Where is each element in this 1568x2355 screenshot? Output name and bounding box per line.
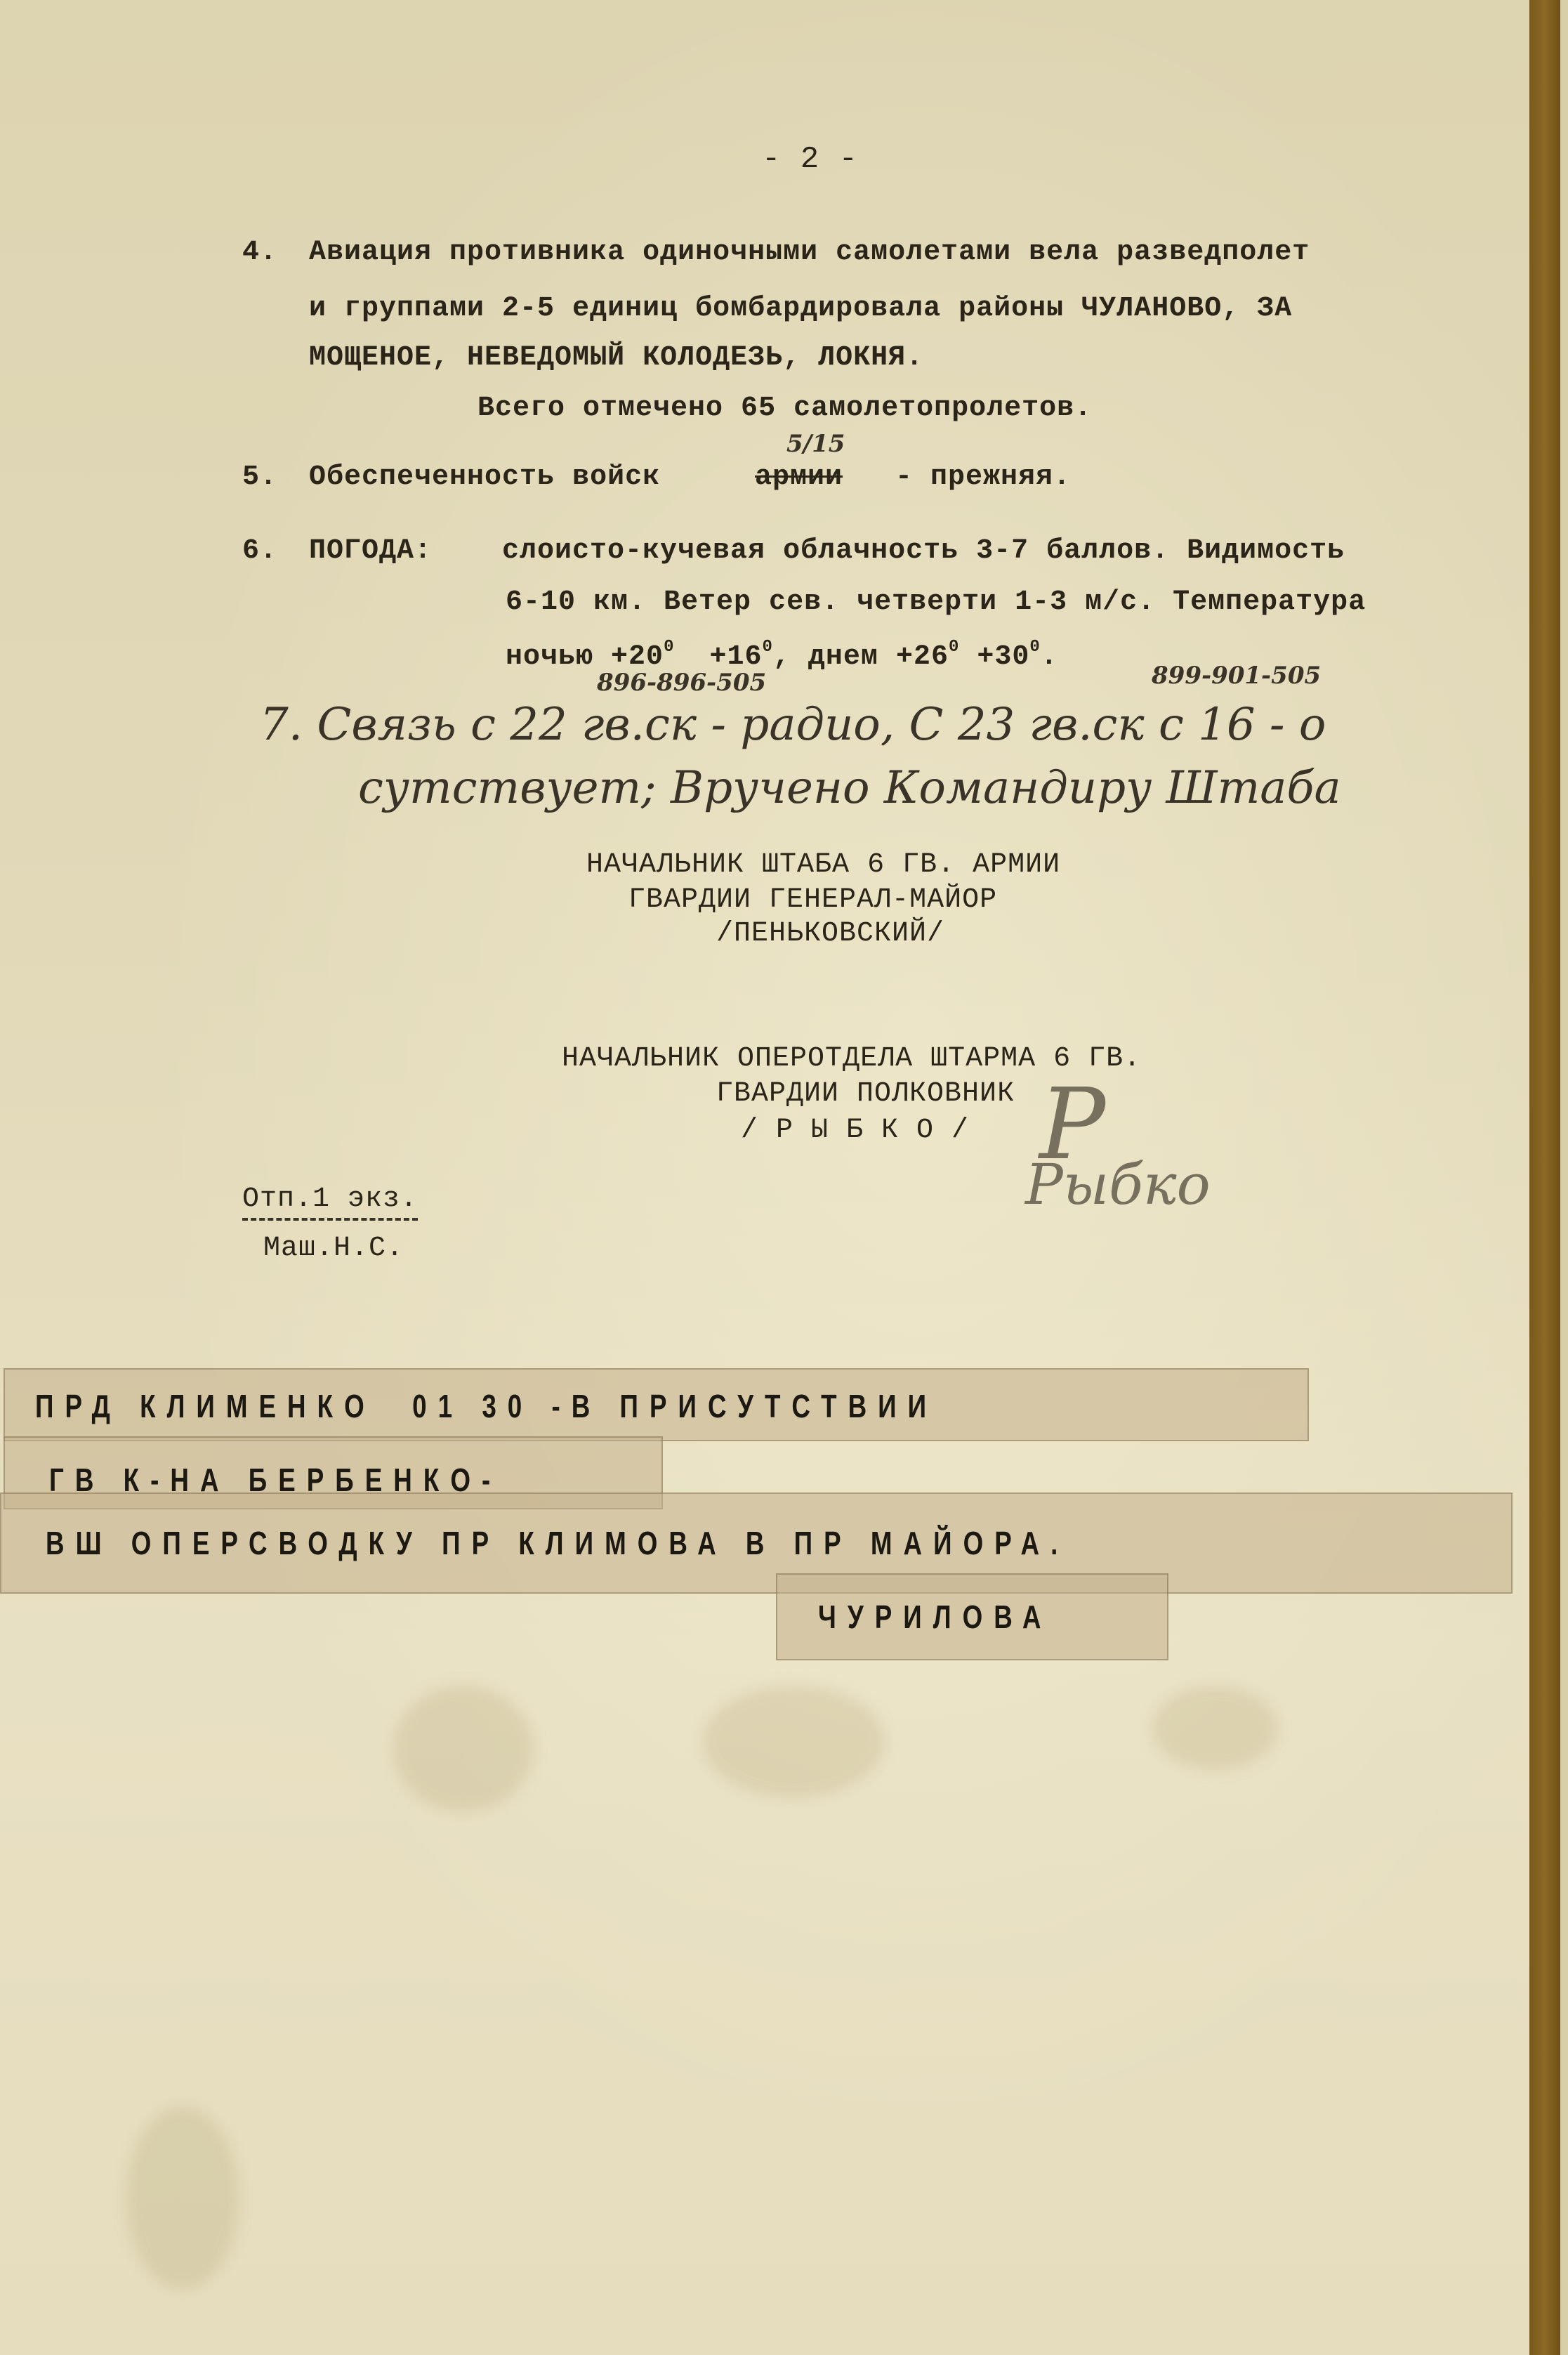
paper-stain — [1152, 1686, 1278, 1770]
item-5-text-after: - прежняя. — [895, 464, 1071, 492]
paper-stain — [393, 1686, 534, 1812]
item-4-number: 4. — [242, 239, 277, 267]
signature-2-name: / Р Ы Б К О / — [741, 1117, 969, 1145]
item-5-number: 5. — [242, 464, 277, 492]
item-6-line-1: слоисто-кучевая облачность 3-7 баллов. В… — [502, 537, 1345, 565]
handwritten-line-1: 7. Связь с 22 гв.ск - радио, С 23 гв.ск … — [260, 702, 1326, 747]
signature-1-rank: ГВАРДИИ ГЕНЕРАЛ-МАЙОР — [628, 886, 997, 914]
signature-1-title: НАЧАЛЬНИК ШТАБА 6 ГВ. АРМИИ — [586, 851, 1060, 879]
item-4-line-2: и группами 2-5 единиц бомбардировала рай… — [309, 295, 1292, 323]
paper-stain — [126, 2107, 239, 2290]
item-5-text: Обеспеченность войск — [309, 464, 660, 492]
signature-2-rank: ГВАРДИИ ПОЛКОВНИК — [716, 1080, 1015, 1108]
copies-note: Отп.1 экз. — [242, 1186, 418, 1221]
tape-line-2: ГВ К-НА БЕРБЕНКО- — [49, 1461, 501, 1499]
handwritten-code-2: 899-901-505 — [1152, 664, 1321, 688]
item-5-handwritten-insert: 5/15 — [786, 432, 845, 456]
page-edge — [1560, 0, 1568, 2355]
page-number: - 2 - — [762, 144, 858, 175]
item-6-line-2: 6-10 км. Ветер сев. четверти 1-3 м/с. Те… — [506, 589, 1366, 617]
item-4-line-1: Авиация противника одиночными самолетами… — [309, 239, 1310, 267]
typist-note: Маш.Н.С. — [263, 1235, 404, 1263]
tape-line-4: ЧУРИЛОВА — [818, 1598, 1053, 1636]
item-5-struck-word: армии — [755, 464, 843, 492]
signature-1-name: /ПЕНЬКОВСКИЙ/ — [716, 920, 944, 948]
item-6-number: 6. — [242, 537, 277, 565]
item-4-line-3: МОЩЕНОЕ, НЕВЕДОМЫЙ КОЛОДЕЗЬ, ЛОКНЯ. — [309, 344, 923, 372]
tape-line-1: ПРД КЛИМЕНКО 01 30 -В ПРИСУТСТВИИ — [35, 1387, 937, 1425]
handwritten-signature: Рыбко — [1025, 1152, 1211, 1217]
item-6-temperature: ночью +200 +160, днем +260 +300. — [506, 639, 1058, 671]
paper-stain — [702, 1686, 885, 1798]
handwritten-code-1: 896-896-505 — [597, 671, 766, 695]
item-4-summary: Всего отмечено 65 самолетопролетов. — [477, 395, 1092, 423]
item-6-label: ПОГОДА: — [309, 537, 432, 565]
handwritten-line-2: сутствует; Вручено Командиру Штаба — [358, 766, 1341, 811]
binding-strip — [1529, 0, 1560, 2355]
tape-line-3: ВШ ОПЕРСВОДКУ ПР КЛИМОВА В ПР МАЙОРА. — [46, 1524, 1069, 1562]
